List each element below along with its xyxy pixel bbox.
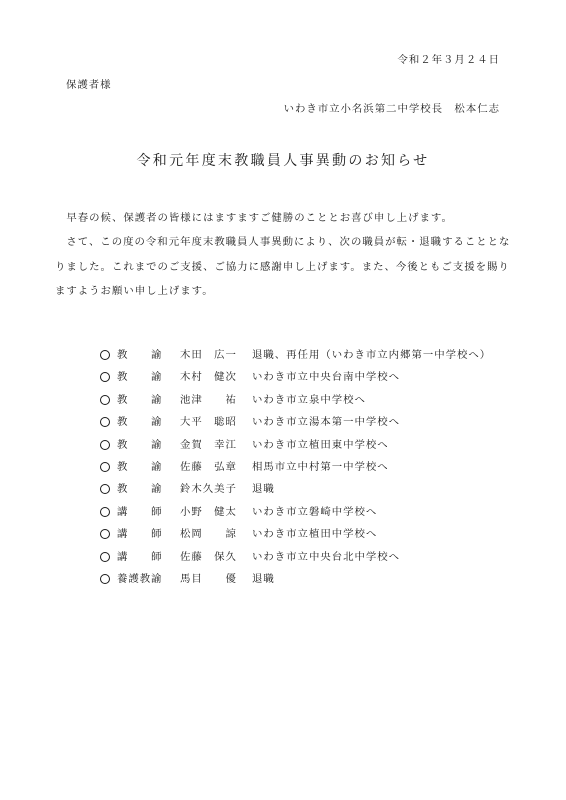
staff-role: 講 師 [117,525,173,543]
staff-name: 佐藤 保久 [180,548,240,566]
list-item: 教 諭 木田 広一 退職、再任用（いわき市立内郷第一中学校へ） [100,346,520,368]
list-item: 養護教諭 馬目 優 退職 [100,570,520,592]
list-item: 教 諭 大平 聡昭 いわき市立湯本第一中学校へ [100,413,520,435]
list-item: 教 諭 佐藤 弘章 相馬市立中村第一中学校へ [100,458,520,480]
list-item: 教 諭 鈴木久美子 退職 [100,480,520,502]
staff-name: 馬目 優 [180,570,240,588]
circle-bullet-icon [100,372,110,382]
staff-role: 教 諭 [117,436,173,454]
staff-destination: いわき市立植田中学校へ [252,525,377,543]
document-page: 令和２年３月２４日 保護者様 いわき市立小名浜第二中学校長 松本仁志 令和元年度… [0,0,566,800]
circle-bullet-icon [100,552,110,562]
body-paragraphs: 早春の候、保護者の皆様にはますますご健勝のこととお喜び申し上げます。 さて、この… [55,206,515,304]
body-line: さて、この度の令和元年度末教職員人事異動により、次の職員が転・退職することとな [55,230,515,254]
staff-name: 佐藤 弘章 [180,458,240,476]
document-title: 令和元年度末教職員人事異動のお知らせ [0,152,566,170]
staff-transfer-list: 教 諭 木田 広一 退職、再任用（いわき市立内郷第一中学校へ） 教 諭 木村 健… [100,346,520,592]
circle-bullet-icon [100,574,110,584]
circle-bullet-icon [100,462,110,472]
staff-name: 池津 祐 [180,391,240,409]
circle-bullet-icon [100,395,110,405]
circle-bullet-icon [100,507,110,517]
staff-name: 金賀 幸江 [180,436,240,454]
circle-bullet-icon [100,484,110,494]
body-line: 早春の候、保護者の皆様にはますますご健勝のこととお喜び申し上げます。 [55,206,515,230]
staff-destination: 相馬市立中村第一中学校へ [252,458,389,476]
circle-bullet-icon [100,350,110,360]
staff-destination: いわき市立泉中学校へ [252,391,366,409]
staff-role: 講 師 [117,548,173,566]
sender-signature: いわき市立小名浜第二中学校長 松本仁志 [284,102,500,116]
document-date: 令和２年３月２４日 [397,53,500,67]
staff-name: 松岡 諒 [180,525,240,543]
staff-destination: いわき市立磐崎中学校へ [252,503,377,521]
circle-bullet-icon [100,440,110,450]
staff-destination: いわき市立湯本第一中学校へ [252,413,400,431]
staff-role: 教 諭 [117,368,173,386]
circle-bullet-icon [100,417,110,427]
staff-role: 教 諭 [117,480,173,498]
circle-bullet-icon [100,529,110,539]
list-item: 講 師 佐藤 保久 いわき市立中央台北中学校へ [100,548,520,570]
list-item: 講 師 小野 健太 いわき市立磐崎中学校へ [100,503,520,525]
staff-destination: 退職、再任用（いわき市立内郷第一中学校へ） [252,346,491,364]
list-item: 教 諭 金賀 幸江 いわき市立植田東中学校へ [100,436,520,458]
list-item: 講 師 松岡 諒 いわき市立植田中学校へ [100,525,520,547]
staff-destination: いわき市立中央台南中学校へ [252,368,400,386]
staff-role: 教 諭 [117,346,173,364]
staff-name: 大平 聡昭 [180,413,240,431]
addressee: 保護者様 [66,78,112,92]
staff-role: 教 諭 [117,391,173,409]
staff-destination: 退職 [252,570,275,588]
list-item: 教 諭 木村 健次 いわき市立中央台南中学校へ [100,368,520,390]
staff-role: 教 諭 [117,458,173,476]
staff-destination: 退職 [252,480,275,498]
list-item: 教 諭 池津 祐 いわき市立泉中学校へ [100,391,520,413]
body-line: りました。これまでのご支援、ご協力に感謝申し上げます。また、今後ともご支援を賜り [55,255,515,279]
staff-name: 木田 広一 [180,346,240,364]
staff-name: 木村 健次 [180,368,240,386]
staff-name: 鈴木久美子 [180,480,240,498]
staff-destination: いわき市立植田東中学校へ [252,436,389,454]
staff-name: 小野 健太 [180,503,240,521]
staff-destination: いわき市立中央台北中学校へ [252,548,400,566]
staff-role: 講 師 [117,503,173,521]
body-line: ますようお願い申し上げます。 [55,279,515,303]
staff-role: 教 諭 [117,413,173,431]
staff-role: 養護教諭 [117,570,173,588]
